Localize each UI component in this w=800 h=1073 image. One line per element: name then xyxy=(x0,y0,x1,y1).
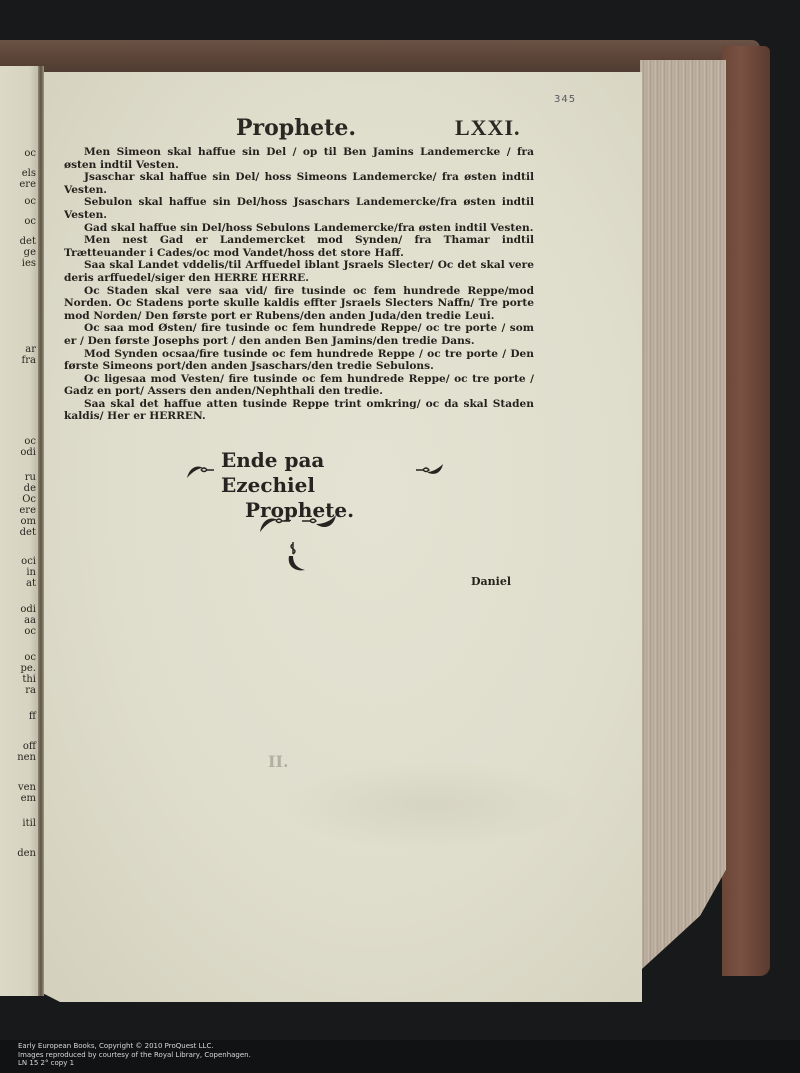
paragraph: Gad skal haffue sin Del/hoss Sebulons La… xyxy=(64,222,534,235)
paragraph: Oc Staden skal vere saa vid/ fire tusind… xyxy=(64,285,534,323)
colophon-line-1: Ende paa Ezechiel xyxy=(221,448,409,498)
fleuron-pair-icon xyxy=(258,512,338,538)
verso-fragment: off xyxy=(23,741,36,752)
verso-fragment: om xyxy=(20,516,36,527)
verso-fragment: aa xyxy=(24,615,36,626)
verso-fragment: thi xyxy=(22,674,36,685)
page-number: LXXI. xyxy=(455,115,521,141)
folio-annotation: 345 xyxy=(554,94,576,105)
verso-fragment: den xyxy=(17,848,36,859)
verso-fragment: oc xyxy=(24,216,36,227)
verso-fragment: det xyxy=(20,236,36,247)
fleuron-right-icon xyxy=(415,461,445,486)
verso-fragment: itil xyxy=(22,818,36,829)
paragraph: Jsaschar skal haffue sin Del/ hoss Simeo… xyxy=(64,171,534,196)
bleed-through-numeral: II. xyxy=(268,752,289,771)
verso-fragment: det xyxy=(20,527,36,538)
verso-fragment: em xyxy=(21,793,36,804)
book-gutter xyxy=(38,66,44,996)
verso-fragment: at xyxy=(26,578,36,589)
verso-fragment: ru xyxy=(25,472,36,483)
body-text: Men Simeon skal haffue sin Del / op til … xyxy=(64,146,534,423)
verso-fragment: oci xyxy=(21,556,36,567)
page-block-fore-edge xyxy=(640,60,726,980)
copyright-credits: Early European Books, Copyright © 2010 P… xyxy=(18,1042,251,1068)
verso-fragment: ff xyxy=(29,711,36,722)
fleuron-single-icon xyxy=(285,540,309,578)
paragraph: Men nest Gad er Landemercket mod Synden/… xyxy=(64,234,534,259)
verso-fragment: oc xyxy=(24,148,36,159)
verso-fragment: odi xyxy=(20,447,36,458)
paragraph: Sebulon skal haffue sin Del/hoss Jsascha… xyxy=(64,196,534,221)
verso-fragment: oc xyxy=(24,626,36,637)
verso-fragment: ere xyxy=(19,179,36,190)
paragraph: Men Simeon skal haffue sin Del / op til … xyxy=(64,146,534,171)
paragraph: Saa skal Landet vddelis/til Arffuedel ib… xyxy=(64,259,534,284)
verso-fragment: els xyxy=(22,168,36,179)
verso-fragment: oc xyxy=(24,652,36,663)
verso-fragment: ge xyxy=(24,247,36,258)
verso-fragment: ies xyxy=(22,258,36,269)
scan-viewport: ocelsereococdetgeiesarfraocodirudeOcereo… xyxy=(0,0,800,1040)
running-head: Prophete. xyxy=(236,115,356,141)
book-cover-right-edge xyxy=(722,46,770,976)
verso-fragment: ere xyxy=(19,505,36,516)
verso-fragment: oc xyxy=(24,436,36,447)
verso-text-fragments: ocelsereococdetgeiesarfraocodirudeOcereo… xyxy=(0,66,40,996)
verso-fragment: de xyxy=(24,483,36,494)
bleed-through-smudge xyxy=(280,760,580,850)
verso-fragment: in xyxy=(26,567,36,578)
paragraph: Saa skal det haffue atten tusinde Reppe … xyxy=(64,398,534,423)
verso-fragment: pe. xyxy=(21,663,37,674)
verso-fragment: ar xyxy=(25,344,36,355)
credits-line-3: LN 15 2° copy 1 xyxy=(18,1059,251,1068)
verso-fragment: odi xyxy=(20,604,36,615)
verso-fragment: ven xyxy=(18,782,36,793)
credits-line-2: Images reproduced by courtesy of the Roy… xyxy=(18,1051,251,1060)
paragraph: Mod Synden ocsaa/fire tusinde oc fem hun… xyxy=(64,348,534,373)
catchword: Daniel xyxy=(471,575,511,588)
paragraph: Oc ligesaa mod Vesten/ fire tusinde oc f… xyxy=(64,373,534,398)
verso-fragment: ra xyxy=(25,685,36,696)
verso-fragment: oc xyxy=(24,196,36,207)
credits-line-1: Early European Books, Copyright © 2010 P… xyxy=(18,1042,251,1051)
verso-fragment: Oc xyxy=(22,494,36,505)
fleuron-left-icon xyxy=(185,461,215,486)
verso-fragment: nen xyxy=(17,752,36,763)
paragraph: Oc saa mod Østen/ fire tusinde oc fem hu… xyxy=(64,322,534,347)
verso-page-edge: ocelsereococdetgeiesarfraocodirudeOcereo… xyxy=(0,66,42,996)
verso-fragment: fra xyxy=(22,355,36,366)
